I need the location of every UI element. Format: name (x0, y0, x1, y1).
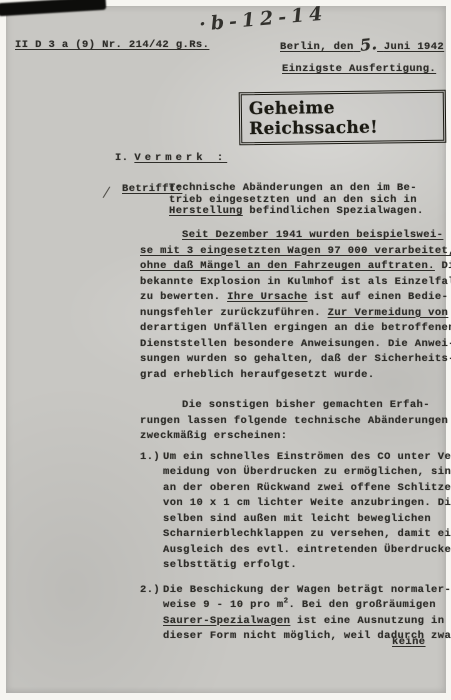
margin-check-mark: / (102, 183, 111, 202)
text-line: sungen wurden so gehalten, daß der Siche… (140, 352, 444, 368)
handwritten-archive-number: ·b-12-14 (198, 2, 328, 35)
text-line: von 10 x 1 cm lichter Weite anzubringen.… (163, 496, 444, 512)
text-line: zweckmäßig erscheinen: (140, 429, 444, 445)
item-number: 2.) (140, 583, 160, 599)
section-heading: I.Vermerk : (115, 152, 227, 164)
heading-numeral: I. (115, 152, 128, 164)
text-line: zu bewerten. Ihre Ursache ist auf einen … (140, 290, 444, 306)
text-line: meidung von Überdrucken zu ermöglichen, … (163, 465, 444, 481)
text-line: Herstellung befindlichen Spezialwagen. (169, 206, 451, 218)
handwritten-date-day: 5. (359, 34, 378, 55)
text-line: derartigen Unfällen ergingen an die betr… (140, 321, 444, 337)
text-line: Ausgleich des evtl. eintretenden Überdru… (163, 543, 444, 559)
reference-number: II D 3 a (9) Nr. 214/42 g.Rs. (15, 39, 209, 51)
text-line: Um ein schnelles Einströmen des CO unter… (163, 450, 444, 466)
text-line: ohne daß Mängel an den Fahrzeugen auftra… (140, 259, 444, 275)
text-line: Die Beschickung der Wagen beträgt normal… (163, 583, 444, 599)
text-line: selbsttätig erfolgt. (163, 558, 444, 574)
text-line: Saurer-Spezialwagen ist eine Ausnutzung … (163, 614, 444, 630)
copy-uniqueness-note: Einzigste Ausfertigung. (282, 63, 436, 75)
scan-artifact-corner (0, 0, 106, 16)
text-line: se mit 3 eingesetzten Wagen 97 000 verar… (140, 244, 444, 260)
text-line: weise 9 - 10 pro m2. Bei den großräumige… (163, 598, 444, 614)
subject-text: Technische Abänderungen an den im Be-tri… (169, 183, 451, 218)
date-prefix: Berlin, den (280, 41, 354, 53)
secret-stamp: Geheime Reichssache! (239, 90, 447, 146)
paragraph-1: Seit Dezember 1941 wurden beispielswei-s… (140, 228, 444, 383)
date-line: Berlin, den 5. Juni 1942 (280, 34, 444, 53)
text-line: Scharnierblechklappen zu versehen, damit… (163, 527, 444, 543)
text-line: Dienststellen besondere Anweisungen. Die… (140, 337, 444, 353)
text-line: an der oberen Rückwand zwei offene Schli… (163, 481, 444, 497)
list-item-1: 1.)Um ein schnelles Einströmen des CO un… (140, 450, 444, 574)
text-line: rungen lassen folgende technische Abände… (140, 414, 444, 430)
text-line: selben sind außen mit leicht beweglichen (163, 512, 444, 528)
item-number: 1.) (140, 450, 160, 466)
catchword: keine (392, 636, 426, 648)
text-line: grad erheblich heraufgesetzt wurde. (140, 368, 444, 384)
heading-word: Vermerk : (134, 152, 227, 164)
text-line: bekannte Explosion in Kulmhof ist als Ei… (140, 275, 444, 291)
text-line: Seit Dezember 1941 wurden beispielswei- (140, 228, 444, 244)
paragraph-2: Die sonstigen bisher gemachten Erfah-run… (140, 398, 444, 445)
text-line: nungsfehler zurückzuführen. Zur Vermeidu… (140, 306, 444, 322)
photo-frame: II D 3 a (9) Nr. 214/42 g.Rs. ·b-12-14 B… (0, 0, 451, 700)
text-line: Die sonstigen bisher gemachten Erfah- (140, 398, 444, 414)
date-rest: Juni 1942 (384, 41, 444, 53)
document-page: II D 3 a (9) Nr. 214/42 g.Rs. ·b-12-14 B… (6, 6, 446, 693)
memo-body: Seit Dezember 1941 wurden beispielswei-s… (140, 228, 444, 645)
